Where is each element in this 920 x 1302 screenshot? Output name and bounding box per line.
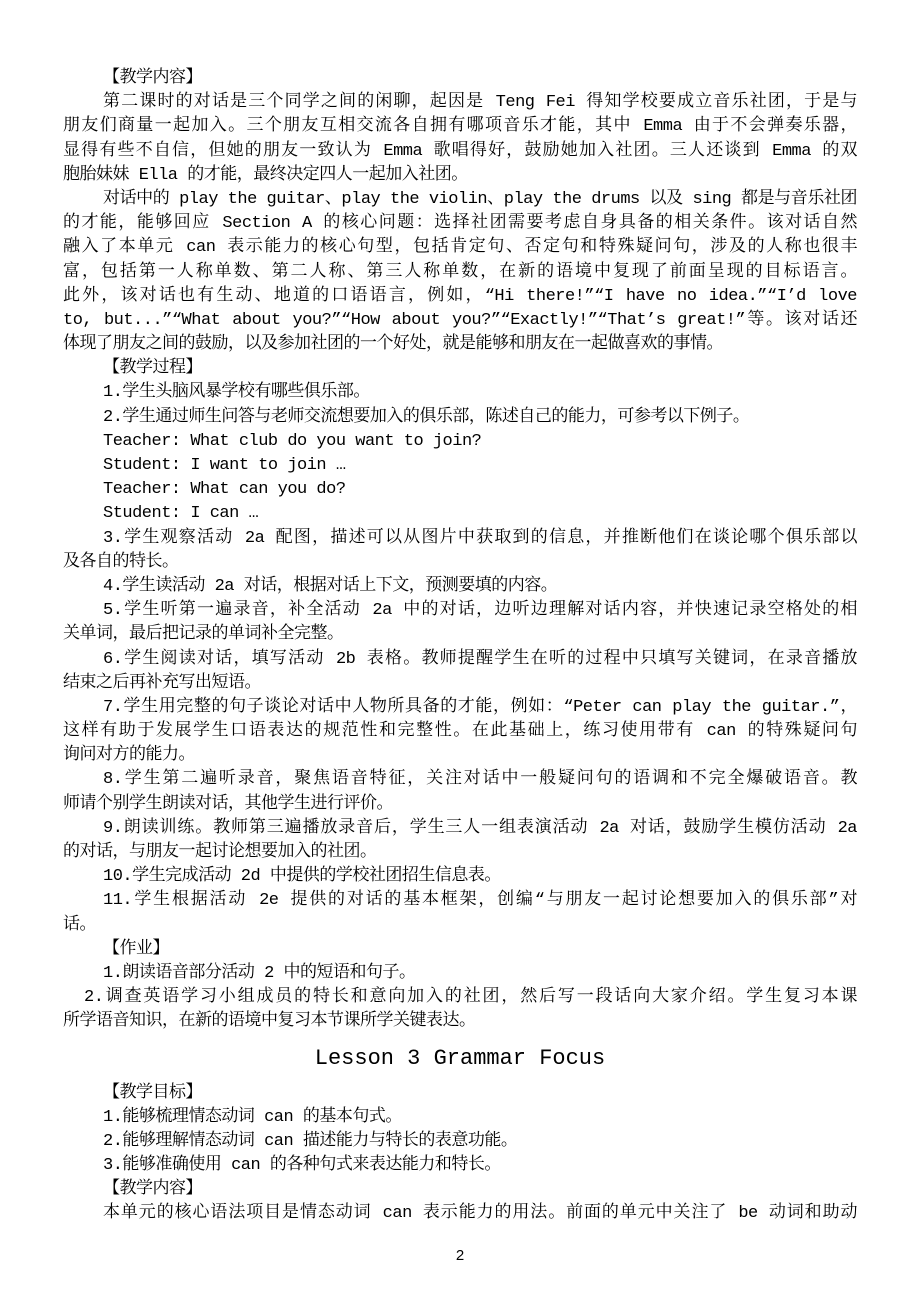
text-line: 4.学生读活动 2a 对话，根据对话上下文，预测要填的内容。 <box>63 575 857 599</box>
text-line: 融入了本单元 can 表示能力的核心句型，包括肯定句、否定句和特殊疑问句，涉及的… <box>63 236 857 260</box>
text-line: 本单元的核心语法项目是情态动词 can 表示能力的用法。前面的单元中关注了 be… <box>63 1202 857 1226</box>
text-line: 【作业】 <box>63 938 857 962</box>
text-line: 2.调查英语学习小组成员的特长和意向加入的社团，然后写一段话向大家介绍。学生复习… <box>63 986 857 1010</box>
text-line: 显得有些不自信，但她的朋友一致认为 Emma 歌唱得好，鼓励她加入社团。三人还谈… <box>63 140 857 164</box>
text-line: 师请个别学生朗读对话，其他学生进行评价。 <box>63 793 857 817</box>
text-line: Teacher: What club do you want to join? <box>63 430 857 454</box>
text-line: 此外，该对话也有生动、地道的口语语言，例如，“Hi there!”“I have… <box>63 285 857 309</box>
text-line: Student: I can … <box>63 502 857 526</box>
lesson-title: Lesson 3 Grammar Focus <box>63 1035 857 1082</box>
text-line: 的对话，与朋友一起讨论想要加入的社团。 <box>63 841 857 865</box>
text-line: 11.学生根据活动 2e 提供的对话的基本框架，创编“与朋友一起讨论想要加入的俱… <box>63 889 857 913</box>
text-line: 1.能够梳理情态动词 can 的基本句式。 <box>63 1106 857 1130</box>
text-line: 【教学目标】 <box>63 1082 857 1106</box>
text-line: Student: I want to join … <box>63 454 857 478</box>
text-line: 1.学生头脑风暴学校有哪些俱乐部。 <box>63 381 857 405</box>
text-line: 胞胎妹妹 Ella 的才能，最终决定四人一起加入社团。 <box>63 164 857 188</box>
text-line: 话。 <box>63 914 857 938</box>
text-line: 5.学生听第一遍录音，补全活动 2a 中的对话，边听边理解对话内容，并快速记录空… <box>63 599 857 623</box>
text-line: 【教学内容】 <box>63 67 857 91</box>
text-line: 【教学过程】 <box>63 357 857 381</box>
text-line: 6.学生阅读对话，填写活动 2b 表格。教师提醒学生在听的过程中只填写关键词，在… <box>63 648 857 672</box>
text-line: 1.朗读语音部分活动 2 中的短语和句子。 <box>63 962 857 986</box>
text-line: 9.朗读训练。教师第三遍播放录音后，学生三人一组表演活动 2a 对话，鼓励学生模… <box>63 817 857 841</box>
page-number: 2 <box>0 1247 920 1264</box>
document-page: 【教学内容】第二课时的对话是三个同学之间的闲聊，起因是 Teng Fei 得知学… <box>63 67 857 1227</box>
paragraph-block-bottom: 【教学目标】1.能够梳理情态动词 can 的基本句式。2.能够理解情态动词 ca… <box>63 1082 857 1227</box>
text-line: 3.学生观察活动 2a 配图，描述可以从图片中获取到的信息，并推断他们在谈论哪个… <box>63 527 857 551</box>
text-line: 对话中的 play the guitar、play the violin、pla… <box>63 188 857 212</box>
text-line: 第二课时的对话是三个同学之间的闲聊，起因是 Teng Fei 得知学校要成立音乐… <box>63 91 857 115</box>
text-line: 结束之后再补充写出短语。 <box>63 672 857 696</box>
text-line: 询问对方的能力。 <box>63 744 857 768</box>
text-line: 8.学生第二遍听录音，聚焦语音特征，关注对话中一般疑问句的语调和不完全爆破语音。… <box>63 768 857 792</box>
text-line: Teacher: What can you do? <box>63 478 857 502</box>
text-line: 2.学生通过师生问答与老师交流想要加入的俱乐部，陈述自己的能力，可参考以下例子。 <box>63 406 857 430</box>
text-line: 10.学生完成活动 2d 中提供的学校社团招生信息表。 <box>63 865 857 889</box>
text-line: 2.能够理解情态动词 can 描述能力与特长的表意功能。 <box>63 1130 857 1154</box>
paragraph-block-top: 【教学内容】第二课时的对话是三个同学之间的闲聊，起因是 Teng Fei 得知学… <box>63 67 857 1035</box>
text-line: 3.能够准确使用 can 的各种句式来表达能力和特长。 <box>63 1154 857 1178</box>
text-line: 这样有助于发展学生口语表达的规范性和完整性。在此基础上，练习使用带有 can 的… <box>63 720 857 744</box>
text-line: 关单词，最后把记录的单词补全完整。 <box>63 623 857 647</box>
text-line: 朋友们商量一起加入。三个朋友互相交流各自拥有哪项音乐才能，其中 Emma 由于不… <box>63 115 857 139</box>
text-line: to, but...”“What about you?”“How about y… <box>63 309 857 333</box>
text-line: 及各自的特长。 <box>63 551 857 575</box>
text-line: 体现了朋友之间的鼓励，以及参加社团的一个好处，就是能够和朋友在一起做喜欢的事情。 <box>63 333 857 357</box>
text-line: 【教学内容】 <box>63 1178 857 1202</box>
text-line: 富，包括第一人称单数、第二人称、第三人称单数，在新的语境中复现了前面呈现的目标语… <box>63 261 857 285</box>
text-line: 的才能，能够回应 Section A 的核心问题：选择社团需要考虑自身具备的相关… <box>63 212 857 236</box>
text-line: 所学语音知识，在新的语境中复习本节课所学关键表达。 <box>63 1010 857 1034</box>
text-line: 7.学生用完整的句子谈论对话中人物所具备的才能，例如：“Peter can pl… <box>63 696 857 720</box>
